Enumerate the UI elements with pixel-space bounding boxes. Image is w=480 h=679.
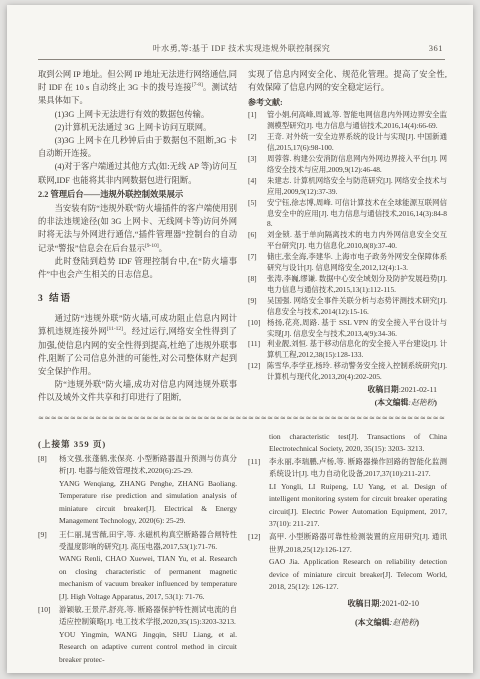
reference-item: [12] 高甲. 小型断路器可靠性检测装置的应用研究[J]. 通讯世界,2018… — [248, 531, 447, 593]
list-item: (4)对于客户端通过其他方式(如:无线 AP 等)访问互联网,IDF 也能将其非… — [38, 160, 237, 186]
reference-text-en: YANG Wenqiang, ZHANG Penghe, ZHANG Baoli… — [59, 478, 237, 528]
received-date-line: 收稿日期:2021-02-11 — [248, 383, 447, 396]
reference-item: [8]张涛,李巍,缪谦. 数据中心安全域划分及防护发展趋势[J]. 电力信息与通… — [248, 274, 447, 296]
reference-text-en: WANG Renli, CHAO Xuewei, TIAN Yu, et al.… — [59, 553, 237, 603]
reference-text: 朱建志. 计算机网络安全与防范研究[J]. 网络安全技术与应用,2009,9(1… — [267, 176, 447, 196]
reference-item: [7]储庄,张全海,李建华. 上海市电子政务外网安全保障体系研究与设计[J]. … — [248, 252, 447, 274]
left-column: 取到公网 IP 地址。但公网 IP 地址无法进行网络通信,同时 IDF 在 10… — [38, 68, 237, 409]
reference-label: [9] — [38, 529, 47, 541]
references-heading: 参考文献: — [248, 97, 447, 108]
reference-label: [11] — [248, 339, 260, 350]
paragraph-text: 。 — [159, 244, 167, 253]
reference-text-continued: tion characteristic test[J]. Transaction… — [248, 431, 447, 456]
received-label: 收稿日期 — [368, 385, 399, 394]
citation-superscript: [7-8] — [192, 82, 203, 88]
section-divider: ≈≈≈≈≈≈≈≈≈≈≈≈≈≈≈≈≈≈≈≈≈≈≈≈≈≈≈≈≈≈≈≈≈≈≈≈≈≈≈≈… — [38, 414, 445, 423]
reference-text-zh: 杨文强,张蓬鹤,张保亮. 小型断路器温升预测与仿真分析[J]. 电器与能效管理技… — [59, 453, 237, 478]
paragraph: 取到公网 IP 地址。但公网 IP 地址无法进行网络通信,同时 IDF 在 10… — [38, 68, 237, 108]
editor-label: (本文编辑 — [355, 618, 390, 627]
page-content: 叶水勇,等:基于 IDF 技术实现违规外联控制探究 361 取到公网 IP 地址… — [7, 5, 473, 667]
continuation-left-column: (上接第 359 页) [8] 杨文强,张蓬鹤,张保亮. 小型断路器温升预测与仿… — [38, 431, 237, 667]
reference-text-zh: 高甲. 小型断路器可靠性检测装置的应用研究[J]. 通讯世界,2018,25(1… — [269, 531, 447, 556]
citation-superscript: [9-10] — [145, 243, 159, 249]
reference-text-zh: 王仁丽,晁雪薇,田宇,等. 永磁机构真空断路器合闸特性受温度影响的研究[J]. … — [59, 529, 237, 554]
paragraph-text: 当安装有防“违规外联”防火墙插件的客户端使用别的非法违规途径(如 3G 上网卡、… — [38, 204, 237, 253]
reference-text-en: GAO Jia. Application Research on reliabi… — [269, 556, 447, 593]
reference-label: [8] — [248, 274, 257, 285]
reference-label: [11] — [248, 456, 260, 468]
right-column: 实现了信息内网安全化、规范化管理。提高了安全性,有效保障了信息内网的安全稳定运行… — [248, 68, 447, 409]
reference-label: [3] — [248, 154, 257, 165]
reference-item: [11]利业靓,刘恒. 基于移动信息化的安全接入平台建设[J]. 计算机工程,2… — [248, 339, 447, 361]
editor-name: :赵艳粉 — [408, 398, 434, 407]
reference-item: [5]安宁钰,徐志博,周峰. 可信计算技术在全球能源互联网信息安全中的应用[J]… — [248, 198, 447, 231]
reference-item: [11] 李永丽,李瑞鹏,卢杨,等. 断路器操作回路的智能化监测系统设计[J].… — [248, 456, 447, 530]
reference-item: [12]陈雪华,李学亚,杨玲. 移动警务安全接入控制系统研究[J]. 计算机与现… — [248, 361, 447, 383]
reference-text: 储庄,张全海,李建华. 上海市电子政务外网安全保障体系研究与设计[J]. 信息网… — [267, 252, 447, 272]
subsection-heading: 2.2 管理后台——违规外联控制效果展示 — [38, 188, 237, 201]
reference-text: 安宁钰,徐志博,周峰. 可信计算技术在全球能源互联网信息安全中的应用[J]. 电… — [267, 198, 447, 229]
reference-label: [12] — [248, 531, 261, 543]
continued-from-note: (上接第 359 页) — [38, 438, 237, 450]
reference-label: [7] — [248, 252, 257, 263]
page-number: 361 — [429, 43, 443, 53]
received-value: :2021-02-10 — [379, 599, 419, 608]
reference-item: [2]王奇. 对外统一安全边界系统的设计与实现[J]. 中国新通信,2015,1… — [248, 132, 447, 154]
scanned-page: 叶水勇,等:基于 IDF 技术实现违规外联控制探究 361 取到公网 IP 地址… — [7, 5, 473, 673]
running-header: 叶水勇,等:基于 IDF 技术实现违规外联控制探究 361 — [38, 43, 445, 54]
reference-item: [3]周蓉蓉. 构建公安消防信息网内外网边界接入平台[J]. 网络安全技术与应用… — [248, 154, 447, 176]
reference-text: 王奇. 对外统一安全边界系统的设计与实现[J]. 中国新通信,2015,17(6… — [267, 132, 447, 152]
reference-label: [2] — [248, 132, 257, 143]
reference-label: [6] — [248, 230, 257, 241]
reference-text-zh: 游颖敏,王景芹,舒亮,等. 断路器保护特性测试电流的自适应控制策略[J]. 电工… — [59, 604, 237, 629]
reference-text: 管小娟,何高峰,周诚,等. 智能电网信息内外网边界安全监测模型研究[J]. 电力… — [267, 110, 447, 130]
paragraph: 当安装有防“违规外联”防火墙插件的客户端使用别的非法违规途径(如 3G 上网卡、… — [38, 202, 237, 255]
reference-label: [9] — [248, 296, 257, 307]
reference-text: 周蓉蓉. 构建公安消防信息网内外网边界接入平台[J]. 网络安全技术与应用,20… — [267, 154, 447, 174]
reference-text: 陈雪华,李学亚,杨玲. 移动警务安全接入控制系统研究[J]. 计算机与现代化,2… — [267, 361, 447, 381]
editor-label: (本文编辑 — [375, 398, 409, 407]
reference-label: [12] — [248, 361, 260, 372]
received-value: :2021-02-11 — [399, 385, 437, 394]
reference-item: [9] 王仁丽,晁雪薇,田宇,等. 永磁机构真空断路器合闸特性受温度影响的研究[… — [38, 529, 237, 603]
reference-text-en: YOU Yingmin, WANG Jingqin, SHU Liang, et… — [59, 629, 237, 666]
header-rule — [38, 59, 445, 60]
running-title: 叶水勇,等:基于 IDF 技术实现违规外联控制探究 — [153, 44, 331, 53]
paragraph: 通过防“违规外联”防火墙,可成功阻止信息内网计算机违规连接外网[11-12]。经… — [38, 312, 237, 378]
reference-item: [9]吴国强. 网络安全事件关联分析与态势评测技术研究[J]. 信息安全与技术,… — [248, 296, 447, 318]
reference-text: 张涛,李巍,缪谦. 数据中心安全域划分及防护发展趋势[J]. 电力信息与通信技术… — [267, 274, 447, 294]
list-item: (1)3G 上网卡无法进行有效的数据包传输。 — [38, 108, 237, 121]
reference-text-zh: 李永丽,李瑞鹏,卢杨,等. 断路器操作回路的智能化监测系统设计[J]. 电力自动… — [269, 456, 447, 481]
paragraph: 此时登陆到趋势 IDF 管理控制台中,在“防火墙事件”中也会产生相关的日志信息。 — [38, 255, 237, 281]
reference-label: [8] — [38, 453, 47, 465]
reference-item: [1]管小娟,何高峰,周诚,等. 智能电网信息内外网边界安全监测模型研究[J].… — [248, 110, 447, 132]
reference-item: [6]刘金锁. 基于单向隔离技术的电力内外网信息安全交互平台研究[J]. 电力信… — [248, 230, 447, 252]
list-item: (3)3G 上网卡在几秒钟后由于数据包不阻断,3G 卡自动断开连接。 — [38, 134, 237, 160]
reference-item: [10]杨扬,花亮,周路. 基于 SSL VPN 的安全接入平台设计与实现[J]… — [248, 318, 447, 340]
reference-item: [8] 杨文强,张蓬鹤,张保亮. 小型断路器温升预测与仿真分析[J]. 电器与能… — [38, 453, 237, 527]
paragraph: 防“违规外联”防火墙,成功对信息内网违规外联事件以及域外文件共享和打印进行了阻断… — [38, 378, 237, 404]
reference-label: [10] — [248, 318, 260, 329]
reference-label: [5] — [248, 198, 257, 209]
reference-text: 利业靓,刘恒. 基于移动信息化的安全接入平台建设[J]. 计算机工程,2012,… — [267, 339, 447, 359]
reference-label: [4] — [248, 176, 257, 187]
article-columns: 取到公网 IP 地址。但公网 IP 地址无法进行网络通信,同时 IDF 在 10… — [38, 68, 445, 409]
reference-label: [10] — [38, 604, 51, 616]
paragraph: 实现了信息内网安全化、规范化管理。提高了安全性,有效保障了信息内网的安全稳定运行… — [248, 68, 447, 94]
reference-item: [10] 游颖敏,王景芹,舒亮,等. 断路器保护特性测试电流的自适应控制策略[J… — [38, 604, 237, 666]
reference-item: [4]朱建志. 计算机网络安全与防范研究[J]. 网络安全技术与应用,2009,… — [248, 176, 447, 198]
continuation-columns: (上接第 359 页) [8] 杨文强,张蓬鹤,张保亮. 小型断路器温升预测与仿… — [38, 431, 445, 667]
citation-superscript: [11-12] — [107, 327, 123, 333]
list-item: (2)计算机无法通过 3G 上网卡访问互联网。 — [38, 121, 237, 134]
reference-text: 刘金锁. 基于单向隔离技术的电力内外网信息安全交互平台研究[J]. 电力信息化,… — [267, 230, 447, 250]
received-label: 收稿日期 — [347, 599, 379, 608]
reference-text-en: LI Yongli, LI Ruipeng, LU Yang, et al. D… — [269, 481, 447, 531]
editor-close: ) — [434, 398, 437, 407]
reference-text: 吴国强. 网络安全事件关联分析与态势评测技术研究[J]. 信息安全与技术,201… — [267, 296, 447, 316]
editor-line: (本文编辑:赵艳粉) — [248, 616, 447, 631]
editor-name: :赵艳粉 — [390, 618, 417, 627]
continuation-right-column: tion characteristic test[J]. Transaction… — [248, 431, 447, 667]
received-date-line: 收稿日期:2021-02-10 — [248, 597, 447, 612]
reference-text: 杨扬,花亮,周路. 基于 SSL VPN 的安全接入平台设计与实现[J]. 信息… — [267, 318, 447, 338]
editor-line: (本文编辑:赵艳粉) — [248, 396, 447, 409]
section-heading: 3 结语 — [38, 290, 237, 304]
reference-label: [1] — [248, 110, 257, 121]
editor-close: ) — [416, 618, 419, 627]
